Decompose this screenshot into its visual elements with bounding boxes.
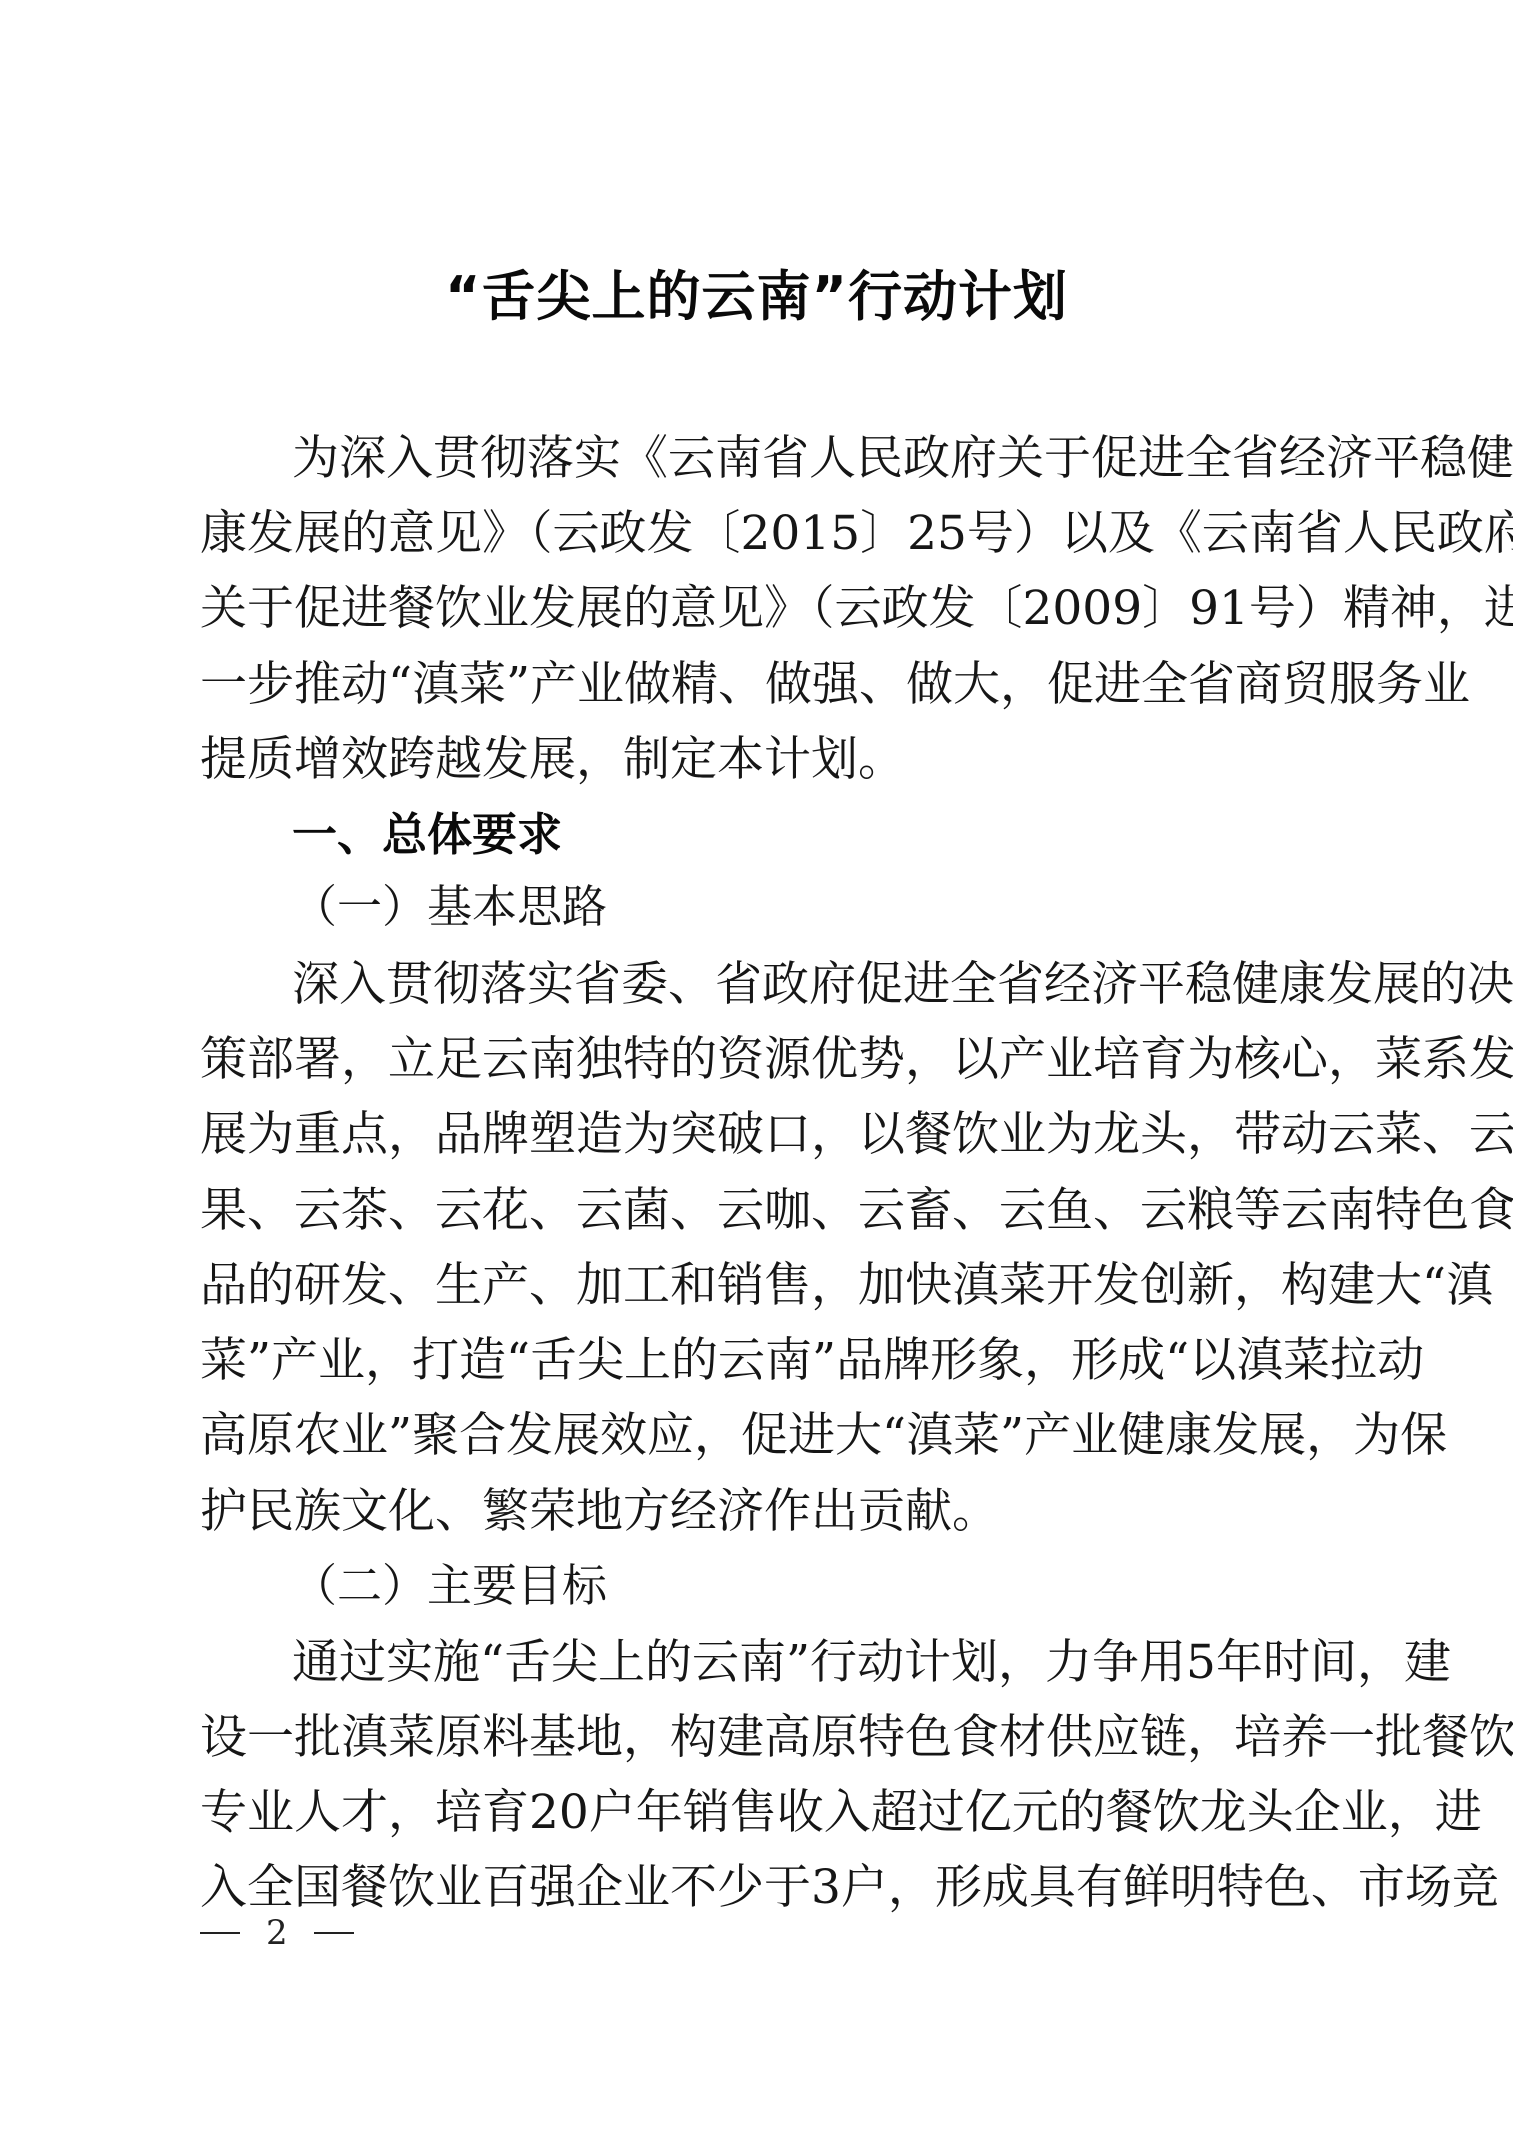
paragraph-line: 展为重点，品牌塑造为突破口，以餐饮业为龙头，带动云菜、云 xyxy=(200,1100,1340,1170)
paragraph-line: 高原农业”聚合发展效应，促进大“滇菜”产业健康发展，为保 xyxy=(200,1401,1340,1471)
subsection-heading-main-goals: （二）主要目标 xyxy=(292,1551,1340,1621)
intro-line-3: 关于促进餐饮业发展的意见》（云政发〔2009〕91号）精神，进 xyxy=(200,574,1340,644)
page-number-right-dash xyxy=(314,1932,354,1934)
subsection-heading-basic-approach: （一）基本思路 xyxy=(292,872,1340,942)
page-number: 2 xyxy=(200,1908,354,1958)
paragraph-line: 入全国餐饮业百强企业不少于3户，形成具有鲜明特色、市场竞 xyxy=(200,1853,1340,1923)
page-number-value: 2 xyxy=(266,1908,288,1958)
document-page: “舌尖上的云南”行动计划 为深入贯彻落实《云南省人民政府关于促进全省经济平稳健 … xyxy=(0,0,1513,2140)
paragraph-line: 品的研发、生产、加工和销售，加快滇菜开发创新，构建大“滇 xyxy=(200,1251,1340,1321)
document-title: “舌尖上的云南”行动计划 xyxy=(0,262,1513,332)
intro-line-4: 一步推动“滇菜”产业做精、做强、做大，促进全省商贸服务业 xyxy=(200,650,1340,720)
paragraph-line: 策部署，立足云南独特的资源优势，以产业培育为核心，菜系发 xyxy=(200,1025,1340,1095)
paragraph-line: 设一批滇菜原料基地，构建高原特色食材供应链，培养一批餐饮 xyxy=(200,1703,1340,1773)
page-number-left-dash xyxy=(200,1932,240,1934)
paragraph-line: 深入贯彻落实省委、省政府促进全省经济平稳健康发展的决 xyxy=(292,950,1340,1020)
paragraph-line: 通过实施“舌尖上的云南”行动计划，力争用5年时间，建 xyxy=(292,1628,1340,1698)
intro-line-5: 提质增效跨越发展，制定本计划。 xyxy=(200,725,1340,795)
paragraph-line: 专业人才，培育20户年销售收入超过亿元的餐饮龙头企业，进 xyxy=(200,1778,1340,1848)
intro-line-1: 为深入贯彻落实《云南省人民政府关于促进全省经济平稳健 xyxy=(292,424,1340,494)
paragraph-line: 果、云茶、云花、云菌、云咖、云畜、云鱼、云粮等云南特色食 xyxy=(200,1176,1340,1246)
paragraph-line: 菜”产业，打造“舌尖上的云南”品牌形象，形成“以滇菜拉动 xyxy=(200,1326,1340,1396)
intro-line-2: 康发展的意见》（云政发〔2015〕25号）以及《云南省人民政府 xyxy=(200,499,1340,569)
section-heading-general-requirements: 一、总体要求 xyxy=(292,800,1340,870)
paragraph-line: 护民族文化、繁荣地方经济作出贡献。 xyxy=(200,1477,1340,1547)
